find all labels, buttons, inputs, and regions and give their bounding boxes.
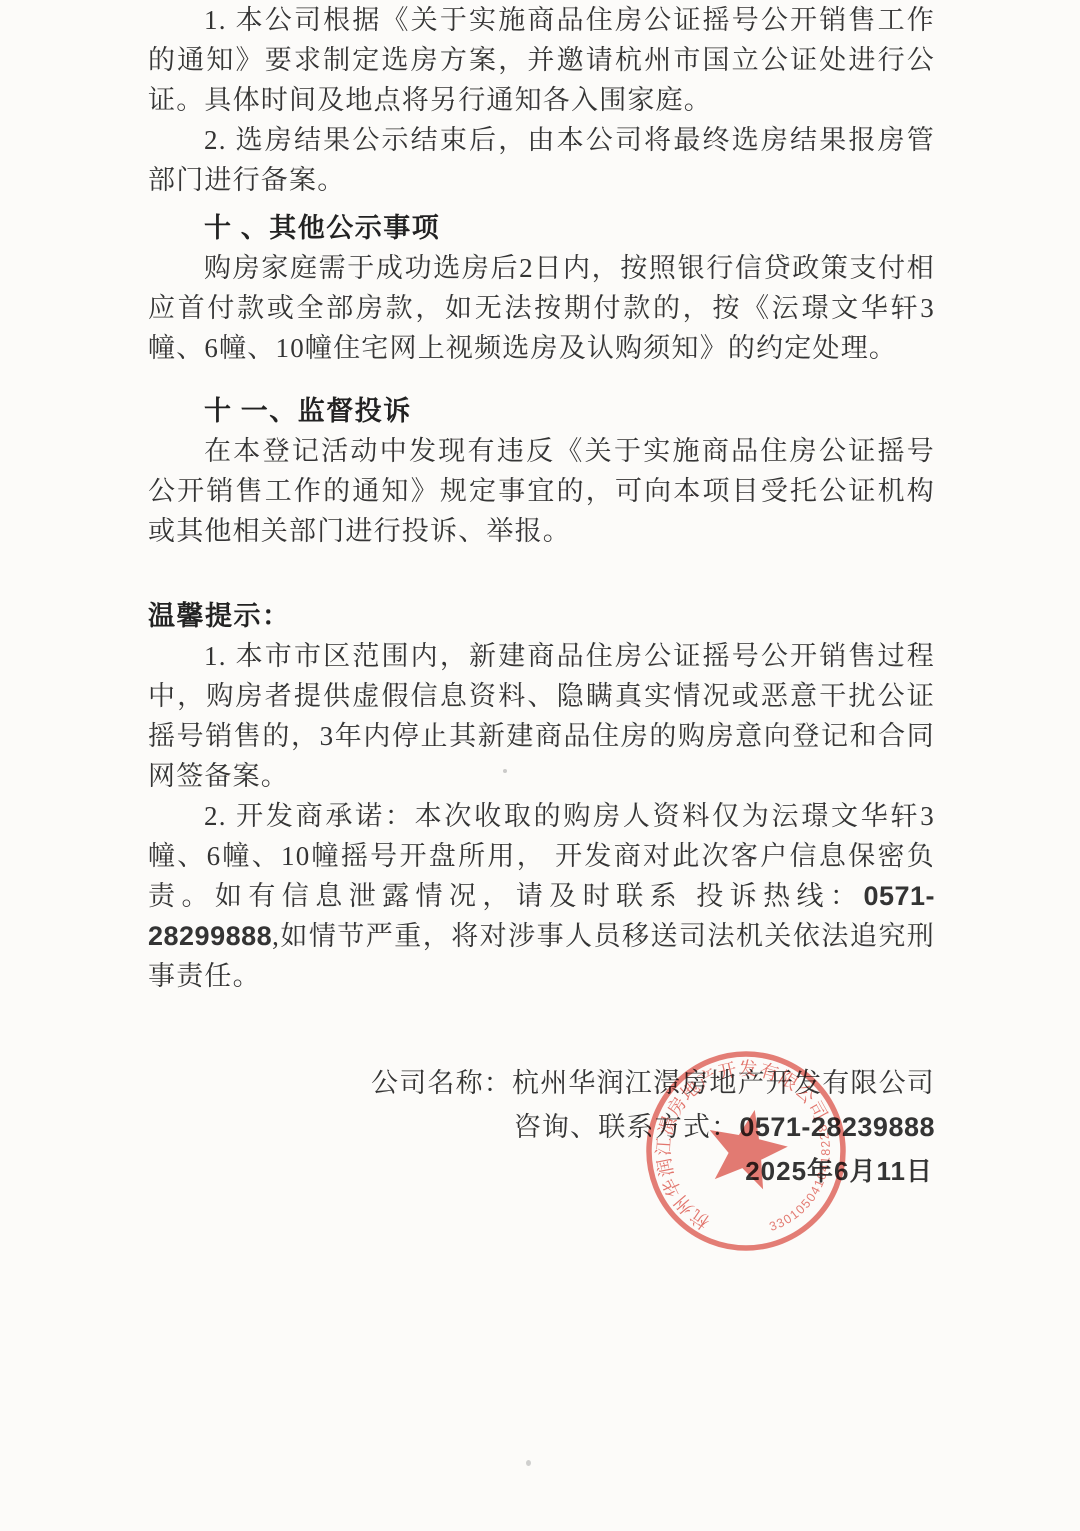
signature-date: 2025年6月11日 [148,1149,935,1193]
tips-heading: 温馨提示： [148,596,935,636]
signature-contact-number: 0571-28239888 [739,1112,935,1142]
document-page: 1. 本公司根据《关于实施商品住房公证摇号公开销售工作的通知》要求制定选房方案，… [0,0,1080,1531]
paragraph-other-matters: 购房家庭需于成功选房后2日内，按照银行信贷政策支付相应首付款或全部房款，如无法按… [148,248,935,368]
section-heading-eleven: 十 一、监督投诉 [148,391,935,431]
signature-company: 公司名称：杭州华润江澋房地产开发有限公司 [148,1061,935,1105]
section-heading-ten: 十 、其他公示事项 [148,208,935,248]
scan-speck [526,1460,531,1466]
paragraph-tips-1: 1. 本市市区范围内，新建商品住房公证摇号公开销售过程中，购房者提供虚假信息资料… [148,636,935,796]
signature-contact-label: 咨询、联系方式： [514,1112,740,1142]
paragraph-tips-2: 2. 开发商承诺：本次收取的购房人资料仅为沄璟文华轩3幢、6幢、10幢摇号开盘所… [148,796,935,996]
paragraph-plan-1: 1. 本公司根据《关于实施商品住房公证摇号公开销售工作的通知》要求制定选房方案，… [148,0,935,120]
tips-2-text: 2. 开发商承诺：本次收取的购房人资料仅为沄璟文华轩3幢、6幢、10幢摇号开盘所… [148,801,935,911]
signature-contact: 咨询、联系方式：0571-28239888 [148,1105,935,1149]
paragraph-plan-2: 2. 选房结果公示结束后，由本公司将最终选房结果报房管部门进行备案。 [148,120,935,200]
signature-block: 公司名称：杭州华润江澋房地产开发有限公司 咨询、联系方式：0571-282398… [148,1061,935,1193]
scan-speck [503,769,507,773]
paragraph-supervision: 在本登记活动中发现有违反《关于实施商品住房公证摇号公开销售工作的通知》规定事宜的… [148,431,935,551]
document-content: 1. 本公司根据《关于实施商品住房公证摇号公开销售工作的通知》要求制定选房方案，… [148,0,935,1193]
